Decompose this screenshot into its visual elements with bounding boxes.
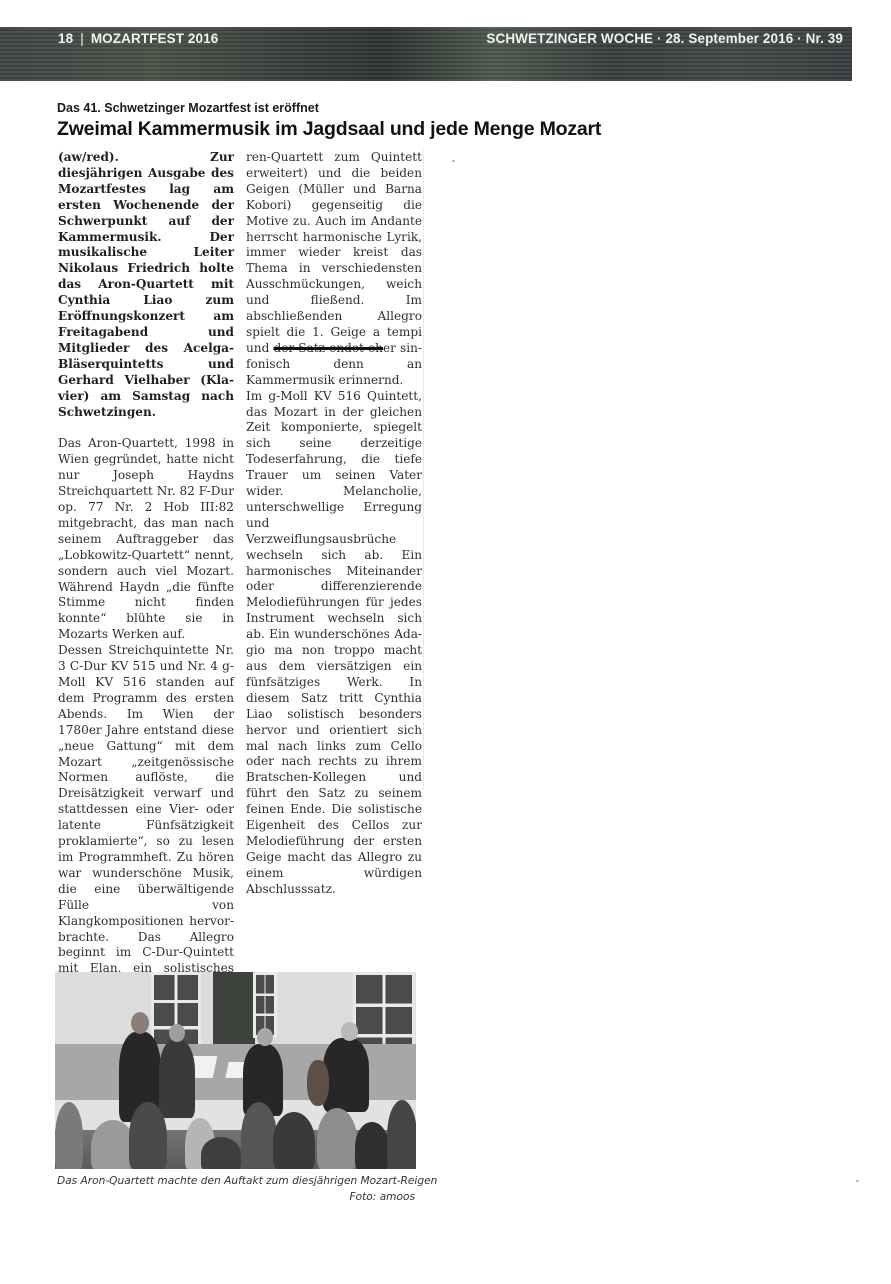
musician-head — [131, 1012, 149, 1034]
audience-member — [273, 1112, 315, 1169]
article-lead: (aw/red). Zur diesjährigen Ausgabe des M… — [58, 150, 234, 420]
musician-violin-2 — [159, 1040, 195, 1118]
article-column-2: ren-Quartett zum Quintett erweitert) und… — [246, 150, 422, 898]
scan-speck — [452, 160, 455, 162]
publication-info: SCHWETZINGER WOCHE · 28. September 2016 … — [486, 31, 843, 46]
audience-member — [55, 1102, 83, 1169]
header-separator: | — [80, 31, 84, 46]
struck-text: der Satz endet eh — [273, 341, 382, 355]
body-text: ren-Quartett zum Quintett erweitert) und… — [246, 150, 422, 355]
audience-member — [355, 1122, 389, 1169]
audience-member — [129, 1102, 167, 1169]
audience-member — [387, 1100, 416, 1169]
musician-head — [257, 1028, 273, 1046]
page-number: 18 — [58, 31, 73, 46]
audience-member — [241, 1102, 277, 1169]
body-paragraph: ren-Quartett zum Quintett erweitert) und… — [246, 150, 422, 389]
audience-member — [201, 1137, 241, 1169]
article-kicker: Das 41. Schwetzinger Mozartfest ist eröf… — [57, 101, 319, 115]
musician-head — [169, 1024, 185, 1042]
body-paragraph: Das Aron-Quartett, 1998 in Wien gegründe… — [58, 436, 234, 643]
article-headline: Zweimal Kammermusik im Jagdsaal und jede… — [57, 118, 601, 141]
quartet-photo — [55, 972, 416, 1169]
audience-member — [317, 1108, 357, 1169]
scan-speck — [856, 1180, 859, 1182]
body-paragraph: Im g-Moll KV 516 Quintett, das Mozart in… — [246, 389, 422, 898]
photo-credit: Foto: amoos — [57, 1191, 415, 1203]
musician-head — [341, 1022, 358, 1041]
header-left: 18|MOZARTFEST 2016 — [58, 31, 218, 46]
section-title: MOZARTFEST 2016 — [91, 31, 219, 46]
photo-caption: Das Aron-Quartett machte den Auftakt zum… — [57, 1175, 417, 1187]
cello-instrument — [307, 1060, 329, 1106]
column-divider — [423, 150, 424, 790]
musician-cello — [323, 1038, 369, 1112]
